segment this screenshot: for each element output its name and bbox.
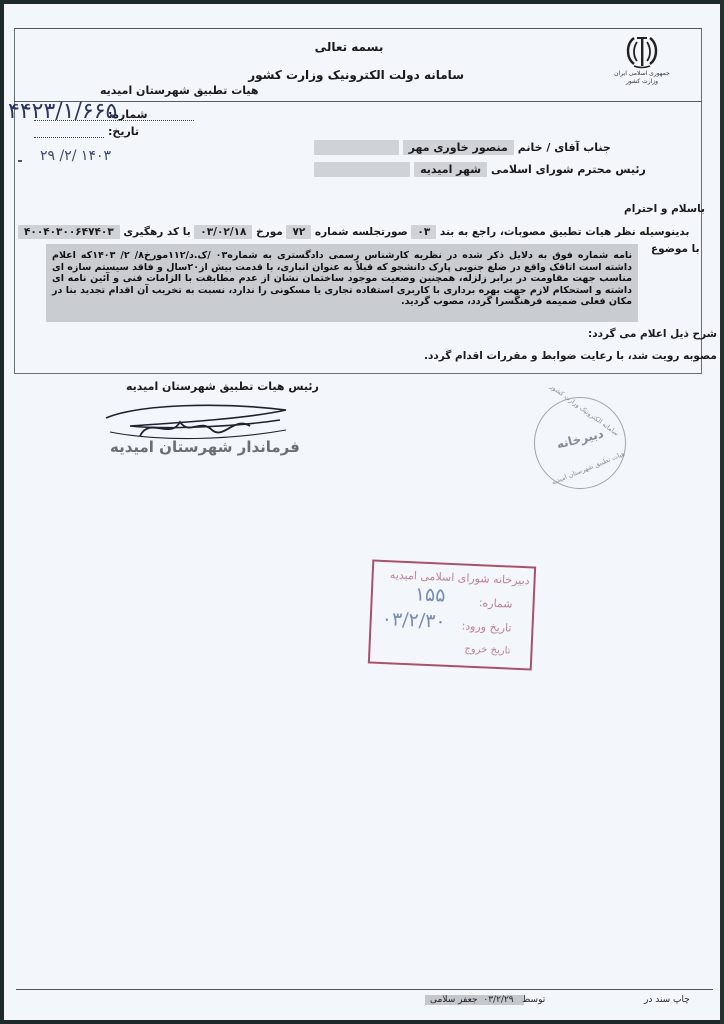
council-entry-label: تاریخ ورود:: [461, 619, 511, 634]
organization-name: هیات تطبیق شهرستان امیدیه: [100, 84, 259, 97]
footer-divider: [16, 989, 713, 990]
iran-emblem-logo: جمهوری اسلامی ایران وزارت کشور: [614, 34, 670, 96]
tracking-code: ۴۰۰۴۰۳۰۰۶۴۷۴۰۳: [18, 225, 120, 239]
basmala: بسمه تعالی: [294, 40, 404, 54]
system-title: سامانه دولت الکترونیک وزارت کشور: [254, 68, 464, 82]
reference-line: بدینوسیله نظر هیات تطبیق مصوبات، راجع به…: [18, 226, 689, 238]
tracking-label: با کد رهگیری: [123, 226, 190, 238]
signatory-title: رئیس هیات تطبیق شهرستان امیدیه: [126, 380, 319, 393]
council-receipt-stamp: دبیرخانه شورای اسلامی امیدیه شماره: ۱۵۵ …: [368, 559, 536, 670]
dated-label: مورخ: [256, 226, 283, 238]
ref-prefix: بدینوسیله نظر هیات تطبیق مصوبات، راجع به…: [440, 226, 690, 238]
subject-label: با موضوع: [651, 243, 700, 255]
recipient-city-pad: [314, 162, 410, 177]
council-number: ۱۵۵: [414, 583, 446, 606]
emblem-caption-1: جمهوری اسلامی ایران: [614, 70, 670, 78]
stamp-center: دبیرخانه: [535, 421, 626, 456]
date-label: تاریخ:: [108, 125, 139, 138]
printed-label: چاپ سند در: [644, 995, 690, 1005]
council-exit-label: تاریخ خروج: [464, 644, 510, 657]
recipient-title-label: رئیس محترم شورای اسلامی: [491, 163, 646, 176]
minutes-number: ۷۲: [286, 225, 311, 239]
printed-by-label: توسط: [522, 995, 545, 1005]
emblem-icon: [622, 34, 662, 70]
signatory-position: فرماندار شهرستان امیدیه: [110, 438, 300, 456]
recipient-title-line: رئیس محترم شورای اسلامی شهر امیدیه: [314, 163, 646, 176]
minutes-date: ۰۳/۰۲/۱۸: [194, 225, 252, 239]
declaration-text: مصوبه رویت شد، با رعایت ضوابط و مقررات ا…: [424, 350, 717, 362]
letter-number-handwritten: ۴۴۲۳/۱/۶۶۵: [8, 99, 117, 124]
emblem-caption-2: وزارت کشور: [614, 78, 670, 86]
scan-edge: [720, 0, 724, 1024]
printed-by-field: جعفر سلامی: [425, 995, 483, 1005]
council-entry-date: ۰۳/۲/۳۰: [381, 608, 446, 633]
stamp-ring-bottom: هیات تطبیق شهرستان امیدیه: [550, 450, 626, 487]
minutes-label: صورتجلسه شماره: [315, 226, 408, 238]
recipient-name: منصور خاوری مهر: [403, 140, 514, 155]
declaration-label: به شرح ذیل اعلام می گردد:: [588, 328, 724, 340]
salutation-label: جناب آقای / خانم: [518, 141, 611, 154]
clause-number: ۰۳: [411, 225, 436, 239]
recipient-line: جناب آقای / خانم منصور خاوری مهر: [314, 141, 611, 154]
subject-text: نامه شماره فوق به دلایل ذکر شده در نظریه…: [46, 244, 638, 322]
date-dotted-line: [34, 137, 104, 138]
council-number-label: شماره:: [479, 596, 513, 610]
printed-by: جعفر سلامی: [425, 995, 483, 1005]
secretariat-round-stamp: سامانه الکترونیک وزارت کشور دبیرخانه هیا…: [534, 397, 626, 489]
recipient-name-pad: [314, 140, 399, 155]
council-stamp-header: دبیرخانه شورای اسلامی امیدیه: [390, 568, 530, 587]
greeting: باسلام و احترام: [624, 203, 705, 215]
letter-date-handwritten: ۱۴۰۳ /۲/ ۲۹: [40, 148, 111, 164]
recipient-city: شهر امیدیه: [414, 162, 487, 177]
margin-mark: [18, 160, 22, 162]
letter-page: بسمه تعالی سامانه دولت الکترونیک وزارت ک…: [4, 4, 720, 1020]
